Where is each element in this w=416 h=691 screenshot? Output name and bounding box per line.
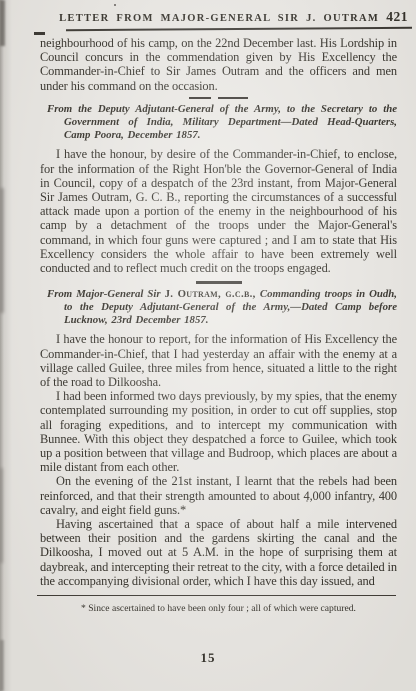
letter-heading-1: From the Deputy Adjutant-General of the … — [40, 103, 397, 143]
scan-edge-blotch — [0, 0, 5, 46]
header-rule-dash — [34, 32, 45, 35]
paragraph-report-affair: I have the honour to report, for the inf… — [40, 332, 397, 389]
heading2-lead: From Major-General Sir — [47, 288, 165, 300]
paragraph-enclosure: I have the honour, by desire of the Comm… — [40, 147, 397, 275]
text-column: neighbourhood of his camp, on the 22nd D… — [40, 36, 397, 614]
paragraph-continuation: neighbourhood of his camp, on the 22nd D… — [40, 36, 397, 93]
paragraph-rebel-strength: On the evening of the 21st instant, I le… — [40, 474, 397, 517]
scan-speck — [114, 4, 116, 6]
header-rule — [66, 27, 412, 31]
letter-heading-2: From Major-General Sir J. Outram, g.c.b.… — [40, 288, 397, 328]
scanned-book-page: LETTER FROM MAJOR-GENERAL SIR J. OUTRAM … — [0, 0, 416, 691]
running-header-title: LETTER FROM MAJOR-GENERAL SIR J. OUTRAM — [58, 13, 380, 24]
paragraph-advance-plan: Having ascertained that a space of about… — [40, 517, 397, 588]
section-separator-double — [40, 97, 397, 99]
heading2-honours-smallcaps: g.c.b., — [225, 288, 260, 300]
scan-edge-blotch — [0, 188, 4, 313]
heading2-name-smallcaps: J. Outram, — [165, 288, 226, 300]
paragraph-spies-report: I had been informed two days previously,… — [40, 389, 397, 474]
footnote-text: * Since ascertained to have been only fo… — [40, 603, 397, 614]
section-separator-single — [40, 281, 397, 284]
page-number-top: 421 — [386, 9, 408, 25]
running-header: LETTER FROM MAJOR-GENERAL SIR J. OUTRAM … — [58, 9, 408, 25]
scan-edge-blotch — [0, 468, 3, 563]
footnote-rule — [37, 595, 396, 596]
page-number-bottom: 15 — [0, 650, 416, 666]
